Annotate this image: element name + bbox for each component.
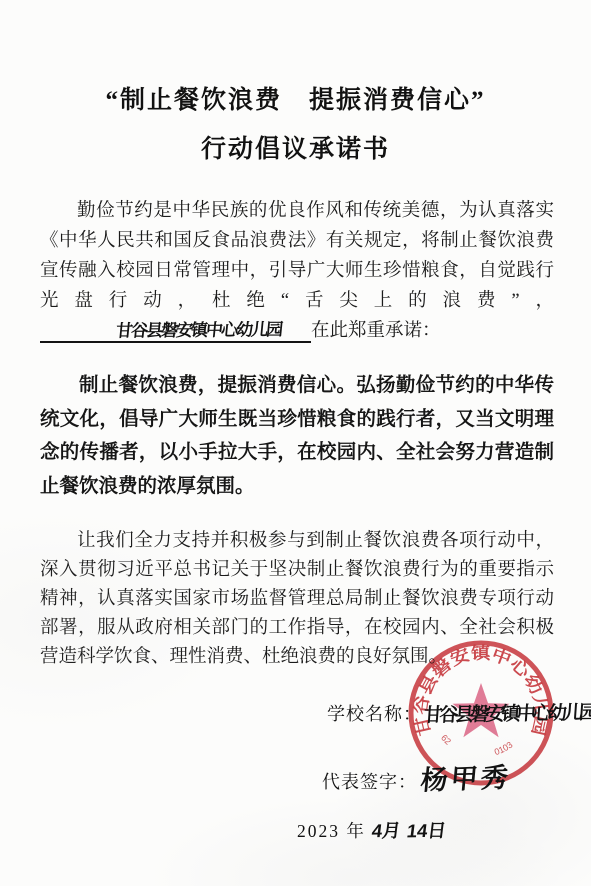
document-body: 勤俭节约是中华民族的优良作风和传统美德，为认真落实《中华人民共和国反食品浪费法》… (40, 196, 554, 672)
school-name-line: 学校名称：甘谷县磐安镇中心幼儿园 (327, 699, 591, 726)
paragraph-1-text-after-blank: 在此郑重承诺： (311, 321, 441, 341)
date-month-handwriting: 4月 (371, 817, 403, 843)
commitment-letter-page: “制止餐饮浪费 提振消费信心” 行动倡议承诺书 勤俭节约是中华民族的优良作风和传… (0, 0, 591, 886)
signature-label: 代表签字： (322, 772, 417, 792)
svg-text:62: 62 (439, 733, 453, 747)
document-title-line1: “制止餐饮浪费 提振消费信心” (0, 80, 591, 116)
paragraph-1: 勤俭节约是中华民族的优良作风和传统美德，为认真落实《中华人民共和国反食品浪费法》… (40, 196, 554, 346)
date-line: 2023 年 4月 14日 (297, 817, 447, 843)
paragraph-2-bold: 制止餐饮浪费，提振消费信心。弘扬勤俭节约的中华传统文化，倡导广大师生既当珍惜粮食… (40, 369, 554, 503)
fill-in-blank-underline: 甘谷县磐安镇中心幼儿园 (40, 321, 311, 343)
signature-handwriting: 杨甲秀 (419, 755, 513, 797)
school-name-handwriting: 甘谷县磐安镇中心幼儿园 (423, 698, 591, 728)
paragraph-1-text-before-blank: 勤俭节约是中华民族的优良作风和传统美德，为认真落实《中华人民共和国反食品浪费法》… (40, 201, 554, 311)
date-year-printed: 2023 年 (297, 821, 366, 841)
representative-signature-line: 代表签字：杨甲秀 (322, 757, 511, 796)
blank-fill-handwriting: 甘谷县磐安镇中心幼儿园 (78, 320, 282, 342)
date-day-handwriting: 14日 (406, 817, 448, 844)
stamp-code-left: 62 (439, 733, 453, 747)
document-title-line2: 行动倡议承诺书 (0, 129, 591, 165)
school-name-label: 学校名称： (327, 704, 422, 724)
